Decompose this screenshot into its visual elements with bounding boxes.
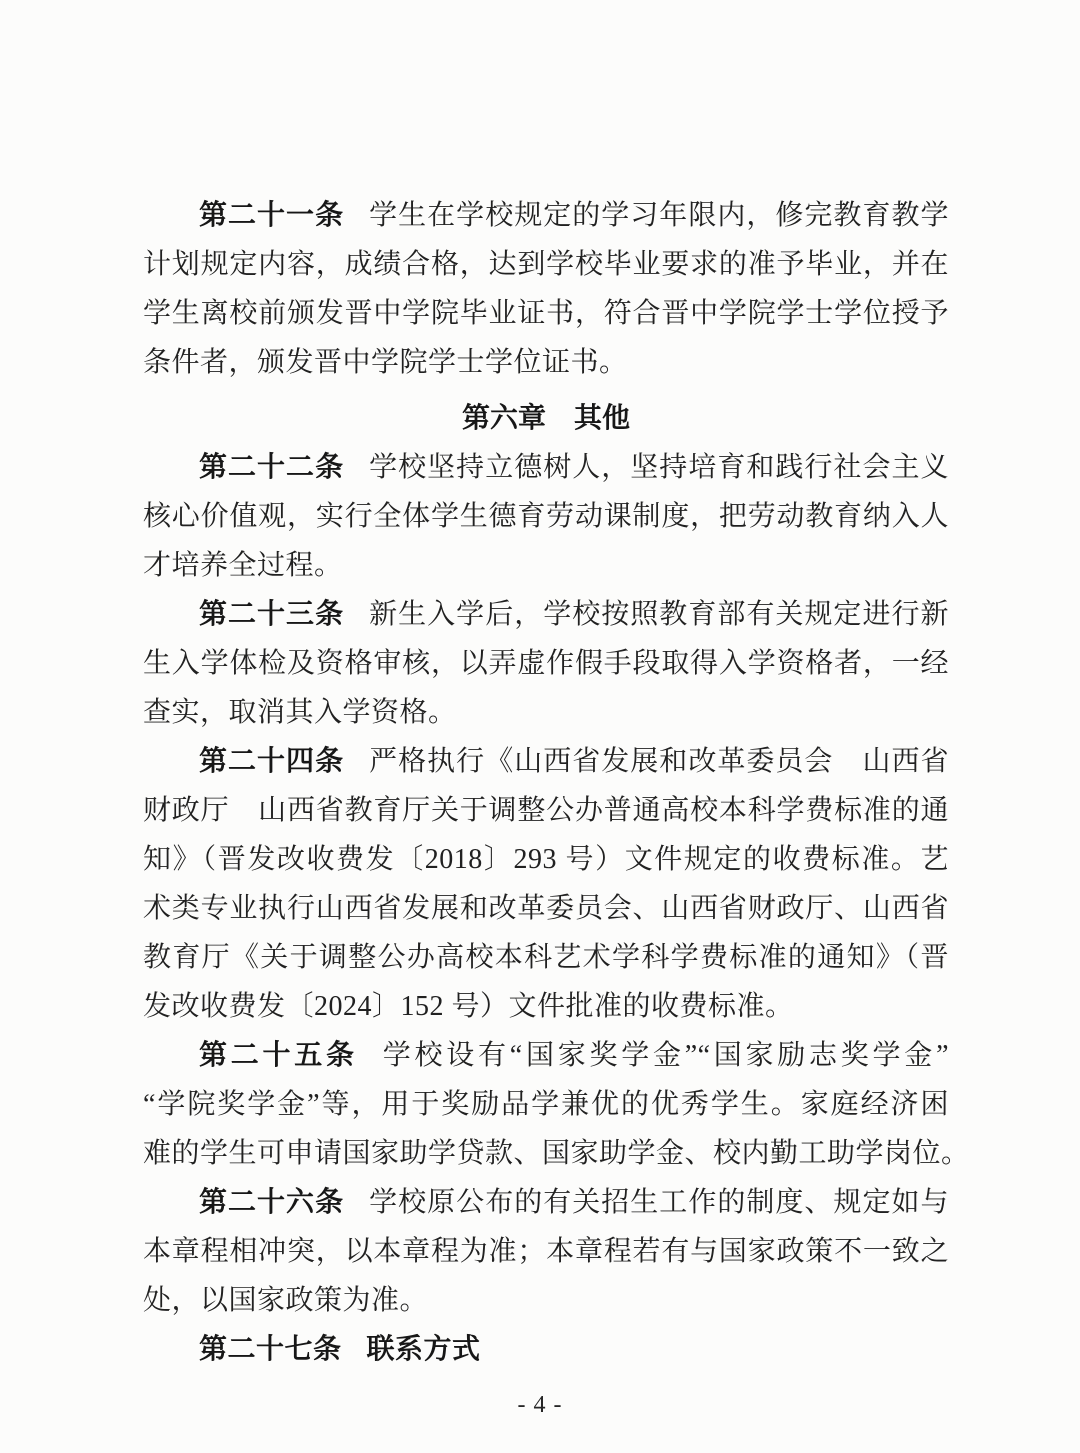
article-25: 第二十五条学校设有“国家奖学金”“国家励志奖学金” “学院奖学金”等，用于奖励品… [143, 1031, 949, 1178]
text-line: “学院奖学金”等，用于奖励品学兼优的优秀学生。家庭经济困 [143, 1080, 949, 1129]
article-number: 第二十三条 [199, 599, 344, 630]
article-text: 联系方式 [367, 1334, 481, 1365]
article-22: 第二十二条学校坚持立德树人，坚持培育和践行社会主义 核心价值观，实行全体学生德育… [143, 443, 949, 590]
article-24: 第二十四条严格执行《山西省发展和改革委员会 山西省 财政厅 山西省教育厅关于调整… [143, 737, 949, 1031]
text-line: 发改收费发〔2024〕152 号）文件批准的收费标准。 [143, 982, 949, 1031]
article-number: 第二十一条 [199, 200, 344, 231]
article-23: 第二十三条新生入学后，学校按照教育部有关规定进行新 生入学体检及资格审核，以弄虚… [143, 590, 949, 737]
text-line: 教育厅《关于调整公办高校本科艺术学科学费标准的通知》（晋 [143, 933, 949, 982]
text-line: 第二十二条学校坚持立德树人，坚持培育和践行社会主义 [143, 443, 949, 492]
chapter-heading: 第六章其他 [143, 394, 949, 443]
article-number: 第二十六条 [199, 1187, 344, 1218]
article-26: 第二十六条学校原公布的有关招生工作的制度、规定如与 本章程相冲突，以本章程为准；… [143, 1178, 949, 1325]
text-line: 查实，取消其入学资格。 [143, 688, 949, 737]
article-number: 第二十四条 [199, 746, 344, 777]
article-text: 学校设有“国家奖学金”“国家励志奖学金” [383, 1040, 949, 1071]
article-27: 第二十七条联系方式 [143, 1325, 949, 1374]
text-line: 财政厅 山西省教育厅关于调整公办普通高校本科学费标准的通 [143, 786, 949, 835]
chapter-number: 第六章 [462, 403, 546, 434]
text-line: 第二十七条联系方式 [143, 1325, 949, 1374]
text-line: 难的学生可申请国家助学贷款、国家助学金、校内勤工助学岗位。 [143, 1129, 949, 1178]
text-line: 核心价值观，实行全体学生德育劳动课制度，把劳动教育纳入人 [143, 492, 949, 541]
article-number: 第二十七条 [199, 1334, 342, 1365]
text-line: 第二十四条严格执行《山西省发展和改革委员会 山西省 [143, 737, 949, 786]
text-line: 第二十一条学生在学校规定的学习年限内，修完教育教学 [143, 191, 949, 240]
text-line: 才培养全过程。 [143, 541, 949, 590]
article-text: 学生在学校规定的学习年限内，修完教育教学 [369, 200, 949, 231]
text-line: 本章程相冲突，以本章程为准；本章程若有与国家政策不一致之 [143, 1227, 949, 1276]
article-text: 新生入学后，学校按照教育部有关规定进行新 [369, 599, 949, 630]
chapter-title: 其他 [574, 403, 630, 434]
text-line: 计划规定内容，成绩合格，达到学校毕业要求的准予毕业，并在 [143, 240, 949, 289]
article-text: 严格执行《山西省发展和改革委员会 山西省 [369, 746, 949, 777]
article-text: 学校坚持立德树人，坚持培育和践行社会主义 [369, 452, 949, 483]
document-content: 第二十一条学生在学校规定的学习年限内，修完教育教学 计划规定内容，成绩合格，达到… [143, 191, 949, 1374]
article-number: 第二十五条 [199, 1040, 358, 1071]
article-number: 第二十二条 [199, 452, 344, 483]
article-text: 学校原公布的有关招生工作的制度、规定如与 [369, 1187, 949, 1218]
text-line: 第二十六条学校原公布的有关招生工作的制度、规定如与 [143, 1178, 949, 1227]
text-line: 第二十三条新生入学后，学校按照教育部有关规定进行新 [143, 590, 949, 639]
text-line: 第二十五条学校设有“国家奖学金”“国家励志奖学金” [143, 1031, 949, 1080]
text-line: 生入学体检及资格审核，以弄虚作假手段取得入学资格者，一经 [143, 639, 949, 688]
text-line: 学生离校前颁发晋中学院毕业证书，符合晋中学院学士学位授予 [143, 289, 949, 338]
text-line: 条件者，颁发晋中学院学士学位证书。 [143, 338, 949, 387]
article-21: 第二十一条学生在学校规定的学习年限内，修完教育教学 计划规定内容，成绩合格，达到… [143, 191, 949, 387]
page-number: - 4 - [0, 1392, 1080, 1419]
text-line: 处，以国家政策为准。 [143, 1276, 949, 1325]
document-page: 第二十一条学生在学校规定的学习年限内，修完教育教学 计划规定内容，成绩合格，达到… [0, 0, 1080, 1453]
text-line: 知》（晋发改收费发〔2018〕293 号）文件规定的收费标准。艺 [143, 835, 949, 884]
text-line: 术类专业执行山西省发展和改革委员会、山西省财政厅、山西省 [143, 884, 949, 933]
